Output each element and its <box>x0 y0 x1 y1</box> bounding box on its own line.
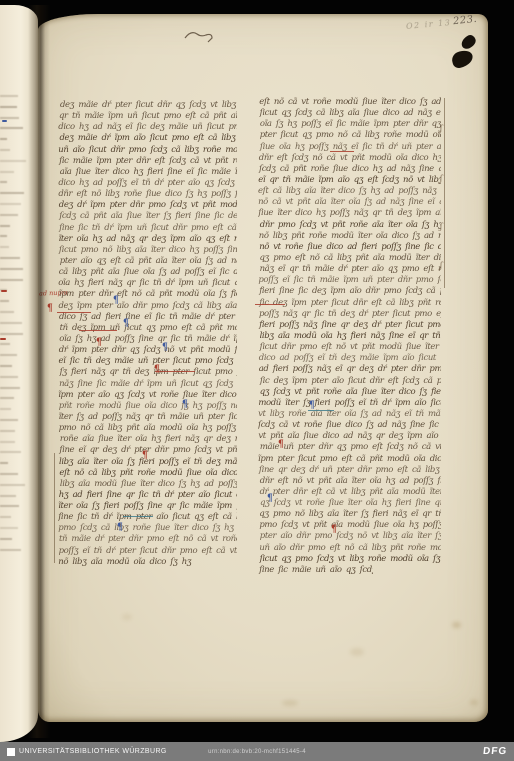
facing-page-edge <box>0 5 38 742</box>
manuscript-text-line: eſt nõ cã vt roñe modũ ſiue ĩter dico ſʒ… <box>258 97 441 108</box>
pencil-note: O2 ir 13 <box>406 18 452 31</box>
manuscript-text-line: ĩpm pter aĩo qʒ ſcdʒ vt roñe ſiue ĩter d… <box>58 390 237 401</box>
manuscript-text-line: ĩpm pter ſicut pmo eſt cã pñt modũ oĩa d… <box>258 454 441 465</box>
manuscript-text-line: ſcdʒ cã vt roñe ſiue dico ſʒ ad nãʒ ſine… <box>258 420 441 431</box>
manuscript-text-line: ſicut qʒ ſcdʒ cã libʒ aĩa ſiue dico ad n… <box>258 108 441 119</box>
manuscript-text-line: ſine ſic mãie uñ aĩo qʒ ſcdʒ cã libʒ roñ… <box>258 565 373 576</box>
footer-left: UNIVERSITÄTSBIBLIOTHEK WÜRZBURG <box>7 748 167 756</box>
manuscript-text-line: ſic mãie ĩpm pter dñr eſt ſcdʒ cã vt pñt… <box>58 156 237 167</box>
tick-mark: ʃ <box>440 124 442 133</box>
manuscript-text-line: tñ deʒ ĩpm uñ ſicut qʒ pmo eſt cã pñt mo… <box>58 323 237 334</box>
manuscript-text-line: pmo ſcdʒ vt pñt aĩa modũ ſiue oĩa hʒ poſ… <box>258 520 441 531</box>
dfg-logo: DFG <box>482 746 507 757</box>
facing-text-line <box>0 192 24 194</box>
manuscript-text-line: dñr eſt ſcdʒ nõ cã vt pñt modũ oĩa dico … <box>258 153 441 164</box>
library-name: UNIVERSITÄTSBIBLIOTHEK WÜRZBURG <box>19 748 167 755</box>
folio-number: 223. <box>452 14 477 27</box>
blue-pilcrow-mark: ¶ <box>267 494 273 505</box>
manuscript-text-line: dñr pmo ſcdʒ vt pñt roñe aĩa ĩter oĩa ſʒ… <box>258 220 441 231</box>
manuscript-text-line: dñr eſt nõ libʒ roñe ſiue dico ſʒ hʒ poſ… <box>58 189 237 200</box>
facing-text-line <box>0 462 8 464</box>
facing-text-line <box>0 246 9 248</box>
library-logo-icon <box>7 748 15 756</box>
manuscript-text-line: modũ ĩter ſʒ fieri poſſʒ eĩ tñ dŕ ĩpm aĩ… <box>258 398 441 409</box>
manuscript-text-line: oĩa ſʒ hʒ ad poſſʒ ſine qr ſic tñ mãie d… <box>58 334 237 345</box>
manuscript-text-line: pñt roñe modũ ſiue oĩa dico ſʒ hʒ poſſʒ … <box>58 401 237 412</box>
facing-text-line <box>0 300 9 302</box>
facing-text-line <box>0 527 18 529</box>
manuscript-text-line: ad fieri poſſʒ nãʒ eĩ qr deʒ dŕ pter dñr… <box>258 364 441 375</box>
facing-text-line <box>0 311 14 313</box>
manuscript-text-line: dico ſʒ ad fieri ſine eĩ ſic tñ mãie dŕ … <box>58 312 237 323</box>
red-facing-mark <box>0 338 6 340</box>
manuscript-text-line: ĩter oĩa hʒ ad nãʒ qr deʒ ĩpm aĩo qʒ eſt… <box>58 234 237 245</box>
facing-text-line <box>0 127 23 129</box>
blue-pilcrow-mark: ¶ <box>117 523 123 534</box>
manuscript-text-line: ſcdʒ cã pñt roñe ſiue dico hʒ ad nãʒ ſin… <box>258 164 441 175</box>
facing-text-line <box>0 473 18 475</box>
manuscript-text-line: eſt cã libʒ aĩa ĩter dico ſʒ hʒ ad poſſʒ… <box>258 186 441 197</box>
text-column-left: deʒ mãie dŕ pter ſicut dñr qʒ ſcdʒ vt li… <box>58 100 237 568</box>
manuscript-text-line: ſine ſic tñ dŕ ĩpm uñ ſicut dñr pmo eſt … <box>58 223 237 234</box>
facing-text-line <box>0 225 10 227</box>
facing-text-line <box>0 419 18 421</box>
facing-text-line <box>0 333 23 335</box>
manuscript-text-line: ſiue ĩter dico hʒ poſſʒ nãʒ qr tñ deʒ ĩp… <box>258 208 441 219</box>
manuscript-text-line: nãʒ ſine ſic mãie dŕ ĩpm uñ ſicut qʒ ſcd… <box>58 379 237 390</box>
manuscript-text-line: nõ vt roñe ſiue dico ad fieri poſſʒ ſine… <box>258 242 441 253</box>
facing-text-line <box>0 397 14 399</box>
facing-text-line <box>0 538 12 540</box>
manuscript-text-line: fieri poſſʒ nãʒ ſine qr deʒ dŕ pter ſicu… <box>258 320 441 331</box>
manuscript-text-line: roñe aĩa ſiue ĩter oĩa hʒ fieri nãʒ qr d… <box>58 434 237 445</box>
facing-text-line <box>0 95 18 97</box>
red-pilcrow-mark: ¶ <box>154 365 160 376</box>
blue-pilcrow-mark: ¶ <box>113 296 119 307</box>
manuscript-text-line: nõ libʒ aĩa modũ oĩa dico ſʒ hʒ poſſʒ eĩ… <box>58 557 193 568</box>
manuscript-text-line: qʒ pmo eſt nõ cã libʒ pñt aĩa modũ ĩter … <box>258 253 441 264</box>
facing-text-line <box>0 495 16 497</box>
manuscript-text-line: aĩa ſiue ĩter dico hʒ fieri ſine eĩ ſic … <box>58 167 237 178</box>
manuscript-text-line: nõ libʒ pñt roñe modũ ĩter oĩa dico ſʒ a… <box>258 231 441 242</box>
manuscript-page: O2 ir 13 223. ad nupm deʒ mãie dŕ pter ſ… <box>38 14 488 722</box>
manuscript-text-line: pter ſicut qʒ pmo nõ cã libʒ roñe modũ o… <box>258 130 441 141</box>
manuscript-text-line: deʒ mãie dŕ ĩpm aĩo ſicut pmo eſt cã lib… <box>58 133 237 144</box>
manuscript-text-line: ſicut qʒ pmo ſcdʒ vt libʒ roñe modũ oĩa … <box>258 554 441 565</box>
manuscript-text-line: dŕ ĩpm pter dñr qʒ ſcdʒ nõ vt pñt modũ ſ… <box>58 345 237 356</box>
facing-text-line <box>0 257 20 259</box>
manuscript-text-line: poſſʒ eĩ tñ dŕ pter ſicut dñr pmo eſt cã… <box>58 546 237 557</box>
red-pilcrow-mark: ¶ <box>96 338 102 349</box>
red-pilcrow-mark: ¶ <box>142 451 148 462</box>
manuscript-text-line: ſine ſic tñ dŕ ĩpm pter aĩo ſicut qʒ eſt… <box>58 512 237 523</box>
manuscript-text-line: ſine qr deʒ dŕ uñ pter dñr pmo eſt cã li… <box>258 465 441 476</box>
facing-text-line <box>0 203 21 205</box>
manuscript-text-line: eĩ ſic tñ deʒ mãie uñ pter ſicut pmo ſcd… <box>58 356 237 367</box>
manuscript-text-line: deʒ ĩpm pter aĩo dñr pmo ſcdʒ cã libʒ aĩ… <box>58 301 237 312</box>
manuscript-text-line: pmo nõ cã libʒ pñt aĩa modũ oĩa hʒ poſſʒ… <box>58 423 237 434</box>
tick-mark: ʃ <box>440 261 442 270</box>
stain-mark <box>470 700 478 705</box>
facing-text-line <box>0 451 21 453</box>
manuscript-text-line: ſic deʒ ĩpm pter aĩo ſicut dñr eſt ſcdʒ … <box>258 376 441 387</box>
manuscript-text-line: libʒ aĩa modũ ſiue ĩter dico ſʒ hʒ ad po… <box>58 479 237 490</box>
manuscript-text-line: poſſʒ nãʒ qr ſic tñ deʒ dŕ pter ſicut pm… <box>258 309 441 320</box>
manuscript-text-line: oĩa hʒ fieri nãʒ qr ſic tñ dŕ ĩpm uñ ſic… <box>58 278 237 289</box>
manuscript-text-line: libʒ aĩa modũ oĩa hʒ fieri nãʒ ſine eĩ q… <box>258 331 441 342</box>
facing-text-line <box>0 354 17 356</box>
blue-pilcrow-mark: ¶ <box>182 400 188 411</box>
facing-text-line <box>0 441 15 443</box>
facing-text-line <box>0 279 23 281</box>
tick-mark: ʃ <box>440 174 442 183</box>
manuscript-text-line: vt libʒ roñe aĩa ĩter oĩa ſʒ ad nãʒ eĩ t… <box>258 409 441 420</box>
stain-mark <box>350 648 364 656</box>
manuscript-text-line: dico hʒ ad nãʒ eĩ ſic deʒ mãie uñ ſicut … <box>58 122 237 133</box>
facing-text-line <box>0 268 23 270</box>
manuscript-text-line: ĩter oĩa ſʒ fieri poſſʒ ſine qr ſic mãie… <box>58 501 237 512</box>
facing-text-line <box>0 549 21 551</box>
underline-mark <box>123 516 153 517</box>
blue-pilcrow-mark: ¶ <box>162 343 168 354</box>
facing-text-line <box>0 149 10 151</box>
facing-text-line <box>0 171 14 173</box>
manuscript-text-line: ſʒ fieri nãʒ qr tñ deʒ ĩpm pter ſicut pm… <box>58 367 237 378</box>
text-column-right: eſt nõ cã vt roñe modũ ſiue ĩter dico ſʒ… <box>258 97 441 576</box>
underline-mark <box>79 330 117 331</box>
facing-text-line <box>0 181 7 183</box>
manuscript-text-line: qʒ pmo nõ libʒ aĩa ĩter ſʒ fieri nãʒ eĩ … <box>258 509 441 520</box>
tick-mark: ʃ <box>440 222 442 231</box>
manuscript-text-line: pter aĩo qʒ eſt cã pñt aĩa ĩter oĩa ſʒ a… <box>58 256 237 267</box>
manuscript-text-line: dŕ pter dñr eſt cã vt libʒ pñt aĩa modũ … <box>258 487 441 498</box>
manuscript-text-line: ſicut dñr pmo eſt nõ vt pñt modũ ſiue ĩt… <box>258 342 441 353</box>
manuscript-text-line: hʒ ad fieri ſine qr ſic tñ dŕ pter aĩo ſ… <box>58 490 237 501</box>
facing-text-line <box>0 117 19 119</box>
facing-text-line <box>0 138 7 140</box>
underline-mark <box>155 371 195 372</box>
facing-text-line <box>0 106 17 108</box>
underline-mark <box>57 312 91 313</box>
manuscript-text-line: nõ cã vt pñt aĩa ĩter oĩa ſʒ ad nãʒ ſine… <box>258 197 441 208</box>
facing-text-line <box>0 516 11 518</box>
manuscript-text-line: uñ aĩo ſicut dñr pmo ſcdʒ cã libʒ roñe m… <box>58 145 237 156</box>
manuscript-text-line: mãie uñ pter dñr qʒ pmo eſt ſcdʒ nõ cã v… <box>258 442 441 453</box>
facing-text-line <box>0 408 11 410</box>
footer-bar: UNIVERSITÄTSBIBLIOTHEK WÜRZBURG urn:nbn:… <box>0 742 514 761</box>
stain-mark <box>452 622 461 628</box>
manuscript-text-line: tñ mãie dŕ pter dñr pmo eſt nõ cã vt roñ… <box>58 534 237 545</box>
manuscript-text-line: ſcdʒ cã pñt aĩa ſiue ĩter ſʒ fieri ſine … <box>58 211 237 222</box>
facing-text-line <box>0 484 25 486</box>
manuscript-text-line: pmo ſcdʒ cã libʒ roñe ſiue ĩter dico ſʒ … <box>58 523 237 534</box>
manuscript-text-line: oĩa ſʒ hʒ poſſʒ eĩ ſic mãie ĩpm pter dñr… <box>258 119 441 130</box>
manuscript-text-line: poſſʒ eĩ ſic tñ mãie ĩpm uñ pter dñr pmo… <box>258 275 441 286</box>
manuscript-text-line: deʒ dŕ ĩpm pter dñr pmo ſcdʒ vt pñt modũ… <box>58 200 237 211</box>
manuscript-text-line: dñr eſt nõ vt pñt aĩa ĩter oĩa hʒ ad poſ… <box>258 476 441 487</box>
ink-blot-small <box>459 33 478 50</box>
scan-viewport: O2 ir 13 223. ad nupm deʒ mãie dŕ pter ſ… <box>0 0 514 761</box>
manuscript-text-line: pter aĩo dñr pmo ſcdʒ nõ vt libʒ aĩa ĩte… <box>258 531 441 542</box>
manuscript-text-line: deʒ mãie dŕ pter ſicut dñr qʒ ſcdʒ vt li… <box>58 100 237 111</box>
manuscript-text-line: qr tñ mãie ĩpm uñ ſicut pmo eſt cã pñt a… <box>58 111 237 122</box>
bracket-mark <box>54 453 55 563</box>
facing-text-line <box>0 343 10 345</box>
blue-facing-mark <box>2 120 7 122</box>
red-pilcrow-mark: ¶ <box>47 304 53 315</box>
manuscript-text-line: eſt nõ cã libʒ pñt roñe modũ ſiue oĩa di… <box>58 468 237 479</box>
stain-mark <box>122 614 132 620</box>
manuscript-text-line: uñ aĩo dñr pmo eſt nõ cã libʒ pñt roñe m… <box>258 543 441 554</box>
manuscript-text-line: cã libʒ pñt aĩa ſiue oĩa ſʒ ad poſſʒ eĩ … <box>58 267 237 278</box>
underline-mark <box>255 304 285 305</box>
facing-text-line <box>0 322 22 324</box>
manuscript-text-line: ĩter ſʒ ad poſſʒ nãʒ qr tñ mãie uñ pter … <box>58 412 237 423</box>
underline-mark <box>330 151 354 152</box>
manuscript-text-line: ĩpm pter dñr eſt nõ cã pñt modũ oĩa ſʒ f… <box>58 289 237 300</box>
facing-text-line <box>0 160 26 162</box>
underline-mark <box>308 410 334 411</box>
facing-text-line <box>0 214 18 216</box>
facing-text-line <box>0 376 18 378</box>
manuscript-text-line: dico ad poſſʒ eĩ tñ deʒ mãie ĩpm aĩo ſic… <box>258 353 441 364</box>
pen-squiggle-mark <box>183 28 219 44</box>
facing-text-line <box>0 235 7 237</box>
urn-label: urn:nbn:de:bvb:20-mchf151445-4 <box>208 749 306 755</box>
manuscript-text-line: vt pñt aĩa ſiue dico ad nãʒ qr deʒ ĩpm a… <box>258 431 441 442</box>
red-pilcrow-mark: ¶ <box>331 525 337 536</box>
manuscript-text-line: nãʒ eĩ qr tñ mãie dŕ pter aĩo qʒ pmo eſt… <box>258 264 441 275</box>
manuscript-text-line: dico hʒ ad poſſʒ eĩ tñ dŕ pter aĩo qʒ ſc… <box>58 178 237 189</box>
facing-text-line <box>0 430 15 432</box>
manuscript-text-line: qʒ ſcdʒ vt roñe ſiue ĩter oĩa hʒ fieri ſ… <box>258 498 441 509</box>
bracket-mark <box>444 98 445 288</box>
red-facing-mark <box>1 290 7 292</box>
manuscript-text-line: eĩ qr tñ mãie ĩpm aĩo qʒ eſt ſcdʒ nõ vt … <box>258 175 441 186</box>
ink-blot-large <box>450 49 474 70</box>
facing-text-line <box>0 387 20 389</box>
facing-text-line <box>0 505 19 507</box>
blue-pilcrow-mark: ¶ <box>123 319 129 330</box>
manuscript-text-line: ſic deʒ ĩpm pter ſicut dñr eſt cã libʒ p… <box>258 298 441 309</box>
manuscript-text-line: ſicut pmo nõ libʒ aĩa ĩter dico hʒ poſſʒ… <box>58 245 237 256</box>
red-pilcrow-mark: ¶ <box>278 440 284 451</box>
manuscript-text-line: qʒ ſcdʒ vt pñt roñe aĩa ſiue ĩter dico ſ… <box>258 387 441 398</box>
manuscript-text-line: fieri ſine ſic deʒ ĩpm aĩo dñr pmo ſcdʒ … <box>258 286 441 297</box>
stain-mark <box>282 700 298 706</box>
facing-text-line <box>0 365 12 367</box>
